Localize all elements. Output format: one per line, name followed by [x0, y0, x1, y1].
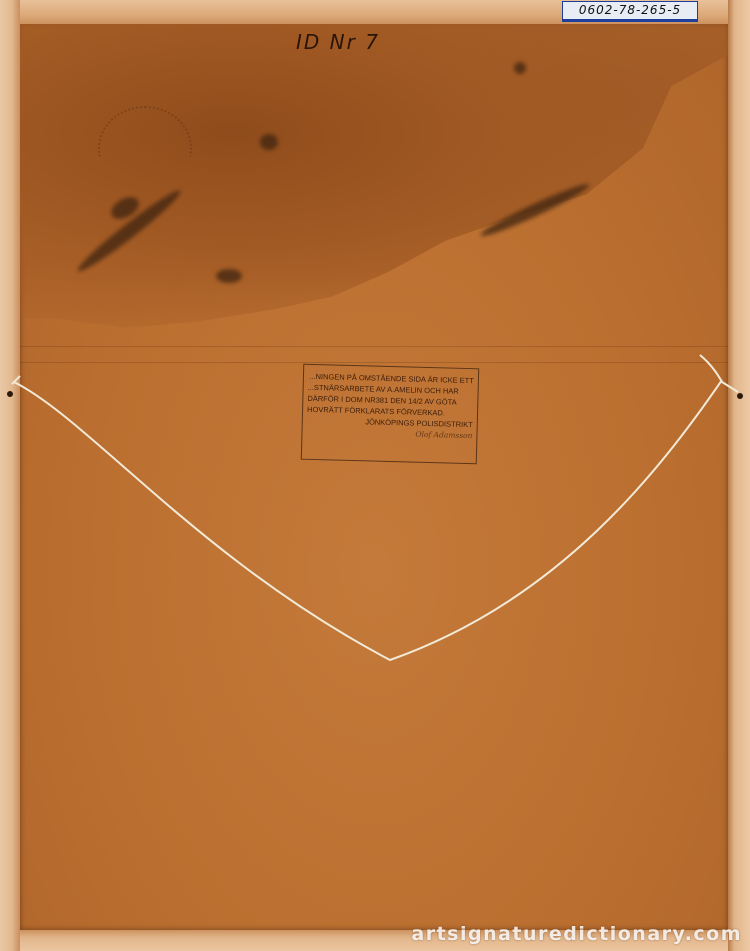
left-nail — [7, 391, 13, 397]
wooden-frame: 0602-78-265-5 ID Nr 7 ...NINGEN PÅ OMSTÅ… — [0, 0, 750, 951]
hanging-wire — [0, 0, 750, 951]
right-nail — [737, 393, 743, 399]
watermark: artsignaturedictionary.com — [411, 923, 742, 945]
